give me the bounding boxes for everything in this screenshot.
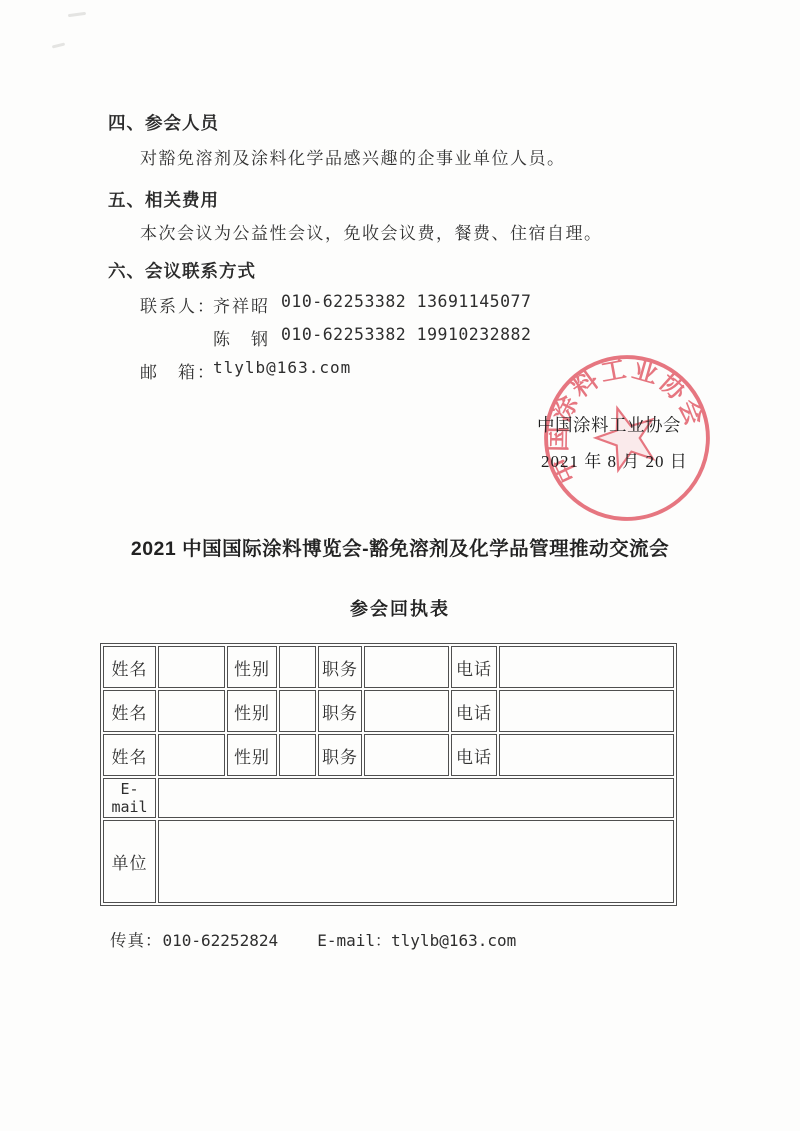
scan-smudge <box>52 42 65 48</box>
fax-label: 传真： <box>110 931 163 950</box>
section-body-participants: 对豁免溶剂及涂料化学品感兴趣的企事业单位人员。 <box>140 144 566 169</box>
table-row-organization: 单位 <box>103 820 674 903</box>
phone-input-cell <box>499 646 674 688</box>
contact-person1-name: 齐祥昭 <box>213 292 270 317</box>
name-label: 姓名 <box>103 734 156 776</box>
contact-line-2: 陈 钢 010-62253382 19910232882 <box>0 325 800 349</box>
name-label: 姓名 <box>103 646 156 688</box>
phone-input-cell <box>499 690 674 732</box>
organization-input-cell <box>158 820 674 903</box>
position-label: 职务 <box>318 646 362 688</box>
organization-label: 单位 <box>103 820 156 903</box>
gender-label: 性别 <box>227 690 277 732</box>
footer-email-value: tlylb@163.com <box>391 931 516 950</box>
table-row-person-1: 姓名 性别 职务 电话 <box>103 646 674 688</box>
gender-input-cell <box>279 646 316 688</box>
contact-line-1: 联系人： 齐祥昭 010-62253382 13691145077 <box>0 292 800 316</box>
position-input-cell <box>364 690 449 732</box>
gender-input-cell <box>279 690 316 732</box>
email-input-cell <box>158 778 674 818</box>
mailbox-label: 邮 箱： <box>140 358 216 383</box>
name-input-cell <box>158 646 225 688</box>
scanned-document-page: 四、参会人员 对豁免溶剂及涂料化学品感兴趣的企事业单位人员。 五、相关费用 本次… <box>0 0 800 1131</box>
name-label: 姓名 <box>103 690 156 732</box>
official-seal: 中国涂料工业协会 <box>540 351 714 525</box>
name-input-cell <box>158 690 225 732</box>
reply-form-title: 2021 中国国际涂料博览会-豁免溶剂及化学品管理推动交流会 <box>0 533 800 561</box>
fax-number: 010-62252824 <box>163 931 279 950</box>
signature-org: 中国涂料工业协会 <box>537 412 681 437</box>
position-label: 职务 <box>318 690 362 732</box>
position-input-cell <box>364 646 449 688</box>
footer-email-label: E-mail： <box>317 931 391 950</box>
section-body-fees: 本次会议为公益性会议，免收会议费，餐费、住宿自理。 <box>140 219 603 244</box>
scan-smudge <box>68 12 86 17</box>
section-heading-participants: 四、参会人员 <box>108 110 219 135</box>
gender-label: 性别 <box>227 646 277 688</box>
contact-person2-name: 陈 钢 <box>213 325 270 350</box>
gender-label: 性别 <box>227 734 277 776</box>
phone-label: 电话 <box>451 734 497 776</box>
phone-input-cell <box>499 734 674 776</box>
footer-contact-line: 传真：010-62252824 E-mail：tlylb@163.com <box>110 927 516 951</box>
signature-date: 2021 年 8 月 20 日 <box>541 447 688 472</box>
section-heading-contact: 六、会议联系方式 <box>108 258 256 283</box>
table-row-email: E-mail <box>103 778 674 818</box>
gender-input-cell <box>279 734 316 776</box>
reply-form-subtitle: 参会回执表 <box>0 595 800 621</box>
reply-form-table: 姓名 性别 职务 电话 姓名 性别 职务 电话 姓名 性别 职务 电话 <box>100 643 677 906</box>
phone-label: 电话 <box>451 646 497 688</box>
contact-label: 联系人： <box>140 292 216 317</box>
table-row-person-2: 姓名 性别 职务 电话 <box>103 690 674 732</box>
section-heading-fees: 五、相关费用 <box>108 187 219 212</box>
email-label: E-mail <box>103 778 156 818</box>
phone-label: 电话 <box>451 690 497 732</box>
contact-person2-phones: 010-62253382 19910232882 <box>281 325 531 344</box>
contact-person1-phones: 010-62253382 13691145077 <box>281 292 531 311</box>
position-label: 职务 <box>318 734 362 776</box>
name-input-cell <box>158 734 225 776</box>
position-input-cell <box>364 734 449 776</box>
table-row-person-3: 姓名 性别 职务 电话 <box>103 734 674 776</box>
mailbox-value: tlylb@163.com <box>213 358 351 377</box>
